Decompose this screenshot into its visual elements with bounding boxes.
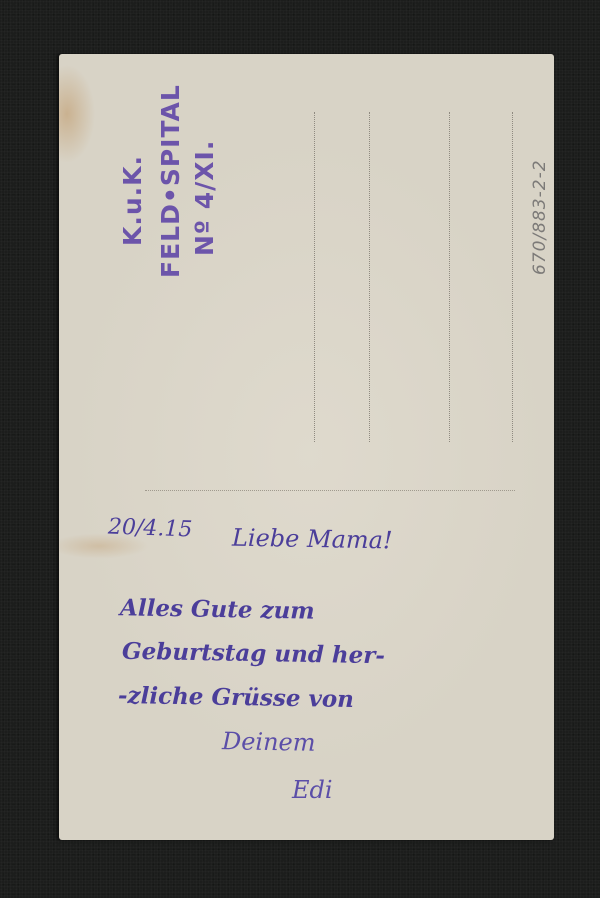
message-line-1: Alles Gute zum	[120, 594, 315, 624]
address-line-1	[314, 112, 315, 442]
message-date: 20/4.15	[108, 515, 193, 543]
message-signature: Edi	[292, 776, 333, 804]
address-line-4	[512, 112, 513, 442]
address-line-2	[369, 112, 370, 442]
address-line-3	[449, 112, 450, 442]
divider-line	[145, 490, 515, 491]
message-line-2: Geburtstag und her-	[122, 638, 385, 670]
field-hospital-stamp: K.u.K. FELD•SPITAL Nº 4/XI.	[112, 88, 222, 288]
message-greeting: Liebe Mama!	[232, 524, 393, 555]
stamp-line-feldspital: FELD•SPITAL	[156, 84, 185, 278]
message-line-3: -zliche Grüsse von	[118, 682, 354, 713]
message-line-4: Deinem	[222, 727, 316, 757]
stamp-line-number: Nº 4/XI.	[190, 140, 219, 256]
archive-catalog-number: 670/883-2-2	[530, 159, 550, 275]
stamp-line-kuk: K.u.K.	[118, 155, 147, 246]
